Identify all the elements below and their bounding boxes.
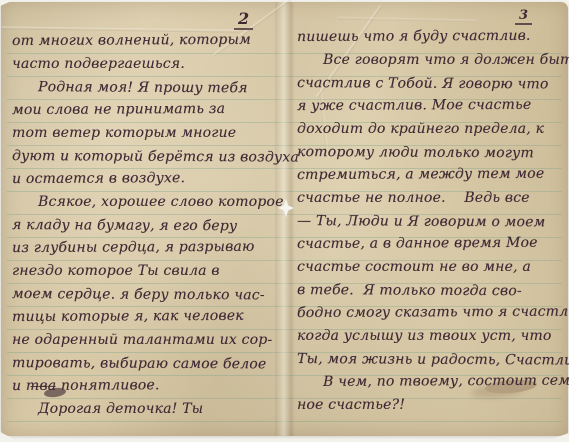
handwriting-line: гнездо которое Ты свила в [12,260,276,283]
handwriting-line: бодно смогу сказать что я счастлив, [297,301,563,325]
handwriting-line: счастлив с Тобой. Я говорю что [297,72,563,96]
handwriting-line: часто подвергаешься. [12,53,276,76]
handwriting-line: В чем, по твоему, состоит семей- [297,370,563,394]
handwriting-line: счастье состоит не во мне, а [297,256,563,279]
handwriting-line: тот ветер которым многие [12,122,276,145]
letter-page-right: пишешь что я буду счастлив. Все говорят … [297,26,563,417]
handwriting-line: Дорогая деточка! Ты [12,398,276,421]
handwriting-line: от многих волнений, которым [12,29,276,53]
center-fold-crease [275,2,295,436]
handwriting-line: из глубины сердца, я разрываю [12,236,276,260]
handwriting-line: — Ты, Люди и Я говорим о моем [297,210,563,234]
handwriting-line: Всякое, хорошее слово которое [12,191,276,214]
page-number-right: 3 [515,9,532,25]
handwriting-line: стремиться, а между тем мое [297,163,563,187]
handwriting-line: я уже счастлив. Мое счастье [297,94,563,118]
handwriting-line: доходит до крайнего предела, к [297,118,563,141]
handwriting-line: счастье не полное. Ведь все [297,187,563,210]
handwriting-line: Родная моя! Я прошу тебя [12,76,276,100]
handwriting-line: в тебе. Я только тогда сво- [297,279,563,303]
handwriting-line: счастье, а в данное время Мое [297,232,563,256]
handwriting-line: тицы которые я, как человек [12,305,276,329]
handwriting-line: тировать, выбираю самое белое [12,352,276,376]
handwriting-line: не одаренный талантами их сор- [12,329,276,352]
handwriting-line: дуют и который берётся из воздуха [12,145,276,169]
handwriting-line: когда услышу из твоих уст, что [297,325,563,348]
handwriting-line: Все говорят что я должен быть [297,49,563,72]
paper-crease [337,17,477,23]
handwriting-line: мои слова не принимать за [12,98,276,122]
handwriting-line: и остается в воздухе. [12,167,276,191]
letter-page-left: от многих волнений, которым часто подвер… [12,30,276,421]
handwriting-line: моем сердце. я беру только час- [12,283,276,307]
handwriting-line: Ты, моя жизнь и радость, Счастлива. [297,348,563,372]
page-number-left: 2 [234,11,253,30]
handwriting-line: я кладу на бумагу, я его беру [12,214,276,238]
handwriting-line: которому люди только могут [297,141,563,165]
handwriting-line: и т̶в̶а̶ понятливое. [12,374,276,398]
handwriting-line: ное счастье?! [297,394,563,417]
scanned-letter: 2 3 от многих волнений, которым часто по… [0,0,569,442]
handwriting-line: пишешь что я буду счастлив. [297,25,563,49]
